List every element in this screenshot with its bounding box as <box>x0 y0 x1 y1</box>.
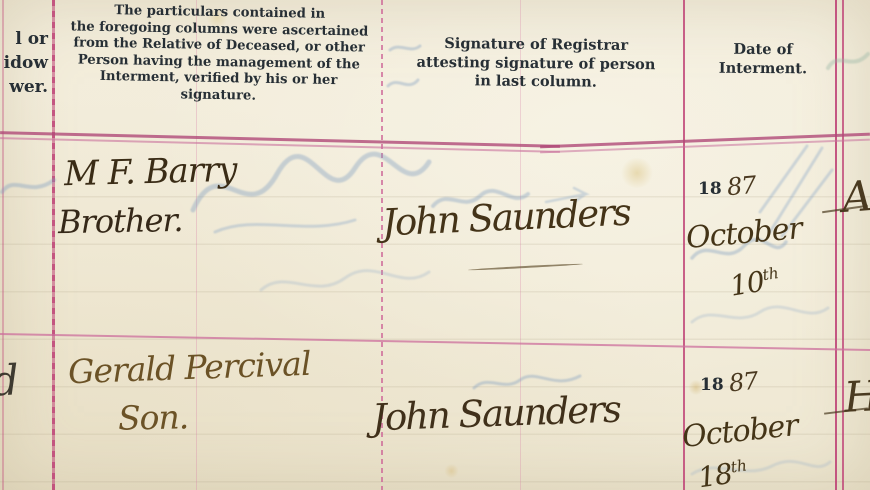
day-number: 10 <box>728 265 766 303</box>
printed-year-prefix: 18 <box>700 375 724 395</box>
ink-bleed-through <box>255 256 435 306</box>
paper-stain <box>620 158 654 188</box>
written-year: 87 <box>727 367 758 398</box>
column-header-left-partial: l or idow wer. <box>0 27 48 99</box>
registrar-signature: John Saunders <box>371 388 620 440</box>
header-fragment: wer. <box>0 75 48 99</box>
entry-date-day: 18th <box>696 455 750 490</box>
day-number: 18 <box>696 457 734 490</box>
entry-date-month: October <box>680 408 799 455</box>
day-suffix: th <box>729 456 747 476</box>
entry-relation: Son. <box>118 397 189 437</box>
ink-bleed-through <box>686 296 834 334</box>
entry-date-year: 18 87 <box>700 368 757 396</box>
header-fragment: l or <box>0 27 48 51</box>
entry-name: Gerald Percival <box>67 344 311 391</box>
written-year: 87 <box>726 171 757 201</box>
day-suffix: th <box>761 264 780 284</box>
header-line: in last column. <box>392 71 680 93</box>
header-line: Date of <box>690 39 836 59</box>
paper-stain <box>444 464 459 478</box>
header-line: attesting signature of person <box>392 53 680 75</box>
column-header-particulars: The particulars contained in the foregoi… <box>57 2 381 107</box>
signature-flourish <box>468 263 583 271</box>
column-header-registrar: Signature of Registrar attesting signatu… <box>392 34 681 93</box>
ink-bleed-through <box>0 162 58 210</box>
printed-year-prefix: 18 <box>698 179 722 199</box>
ruling-col3-col4 <box>683 0 685 490</box>
next-column-fragment: A <box>840 171 870 222</box>
ruling-row-separator <box>0 333 870 351</box>
left-column-fragment: d <box>0 355 19 405</box>
next-column-fragment: H <box>843 371 870 422</box>
header-line: Interment. <box>690 58 836 78</box>
register-page-scan: l or idow wer. The particulars contained… <box>0 0 870 490</box>
header-fragment: idow <box>0 51 48 75</box>
ruling-col1-col2 <box>52 0 55 490</box>
entry-name: M F. Barry <box>64 150 238 195</box>
entry-date-year: 18 87 <box>698 172 755 200</box>
entry-relation: Brother. <box>58 201 183 241</box>
column-header-date: Date of Interment. <box>690 39 836 78</box>
